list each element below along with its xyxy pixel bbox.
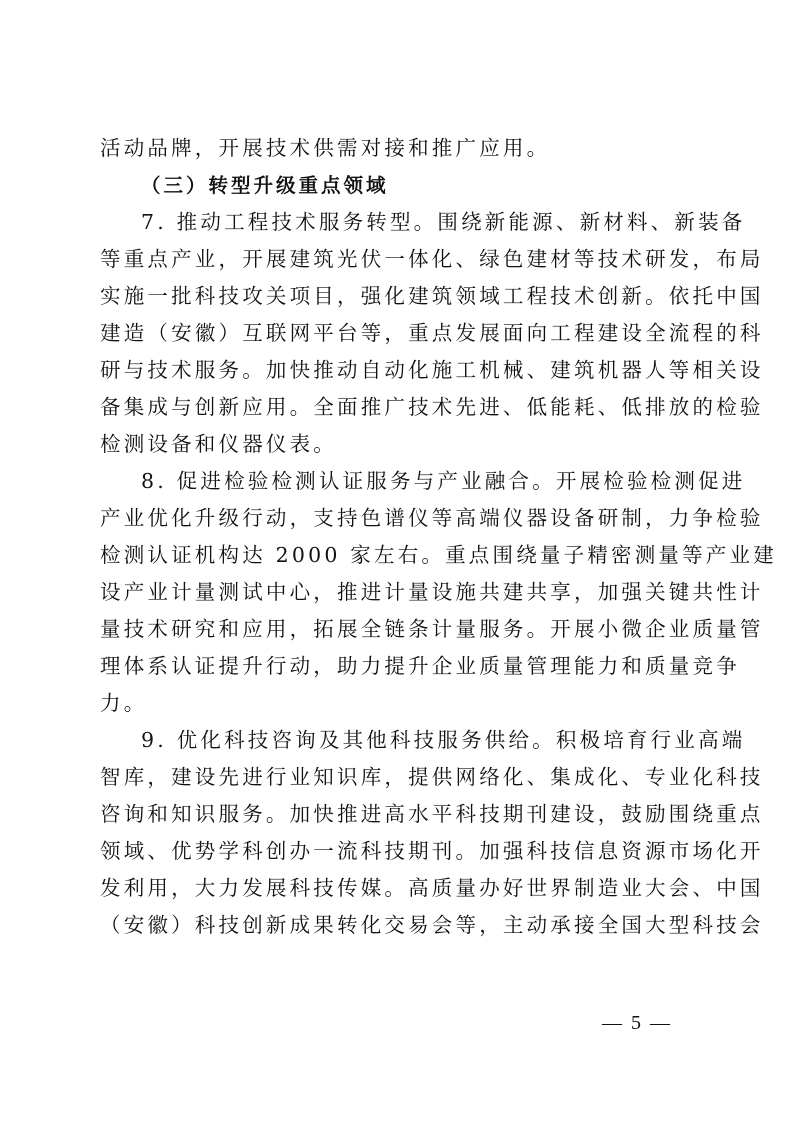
paragraph-line: 设产业计量测试中心，推进计量设施共建共享，加强关键共性计 <box>100 574 700 611</box>
paragraph-line: 活动品牌，开展技术供需对接和推广应用。 <box>100 130 700 167</box>
paragraph-line: 实施一批科技攻关项目，强化建筑领域工程技术创新。依托中国 <box>100 278 700 315</box>
paragraph-line: 智库，建设先进行业知识库，提供网络化、集成化、专业化科技 <box>100 759 700 796</box>
paragraph-line: 理体系认证提升行动，助力提升企业质量管理能力和质量竞争 <box>100 648 700 685</box>
paragraph-line: （安徽）科技创新成果转化交易会等，主动承接全国大型科技会 <box>100 907 700 944</box>
paragraph-line: 7. 推动工程技术服务转型。围绕新能源、新材料、新装备 <box>100 204 700 241</box>
paragraph-line: 咨询和知识服务。加快推进高水平科技期刊建设，鼓励围绕重点 <box>100 796 700 833</box>
paragraph-line: 9. 优化科技咨询及其他科技服务供给。积极培育行业高端 <box>100 722 700 759</box>
section-heading: （三）转型升级重点领域 <box>100 167 700 204</box>
paragraph-line: 领域、优势学科创办一流科技期刊。加强科技信息资源市场化开 <box>100 833 700 870</box>
paragraph-line: 研与技术服务。加快推动自动化施工机械、建筑机器人等相关设 <box>100 352 700 389</box>
paragraph-line: 建造（安徽）互联网平台等，重点发展面向工程建设全流程的科 <box>100 315 700 352</box>
paragraph-line: 检测设备和仪器仪表。 <box>100 426 700 463</box>
document-page: 活动品牌，开展技术供需对接和推广应用。 （三）转型升级重点领域 7. 推动工程技… <box>100 130 700 944</box>
page-number: — 5 — <box>602 1012 672 1035</box>
paragraph-line: 力。 <box>100 685 700 722</box>
paragraph-line: 等重点产业，开展建筑光伏一体化、绿色建材等技术研发，布局 <box>100 241 700 278</box>
paragraph-line: 备集成与创新应用。全面推广技术先进、低能耗、低排放的检验 <box>100 389 700 426</box>
paragraph-line: 量技术研究和应用，拓展全链条计量服务。开展小微企业质量管 <box>100 611 700 648</box>
paragraph-line: 8. 促进检验检测认证服务与产业融合。开展检验检测促进 <box>100 463 700 500</box>
paragraph-line: 产业优化升级行动，支持色谱仪等高端仪器设备研制，力争检验 <box>100 500 700 537</box>
paragraph-line: 检测认证机构达 2000 家左右。重点围绕量子精密测量等产业建 <box>100 537 700 574</box>
paragraph-line: 发利用，大力发展科技传媒。高质量办好世界制造业大会、中国 <box>100 870 700 907</box>
